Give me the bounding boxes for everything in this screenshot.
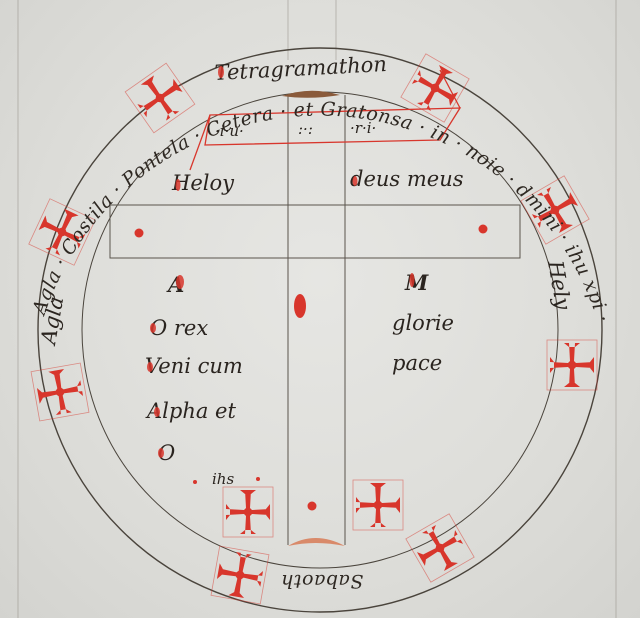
- cross-pattee-icon: [125, 63, 195, 133]
- diagram-circles: [38, 48, 602, 612]
- diagram-canvas: Agla · Costila · Pontela · Cetera · et G…: [0, 0, 640, 618]
- cross-pattee-icon: [401, 54, 469, 122]
- banner-middle-dots: :·:: [298, 120, 313, 138]
- cross-pattee-icon: [31, 363, 89, 421]
- cross-pattee-icon: [211, 546, 269, 604]
- ring-name-bottom: Sabaoth: [281, 570, 364, 592]
- right-line-1: glorie: [392, 311, 454, 335]
- left-line-5: ihs: [212, 470, 234, 488]
- right-line-2: pace: [392, 351, 442, 375]
- cross-pattee-icon: [223, 487, 273, 537]
- word-heloy: Heloy: [171, 171, 235, 195]
- left-line-2: Veni cum: [145, 354, 243, 378]
- cross-pattee-icon: [353, 480, 403, 530]
- banner-right-text: ·r·i·: [350, 119, 376, 137]
- ring-name-top: Tetragramathon: [214, 52, 387, 85]
- word-deus-meus: deus meus: [350, 167, 464, 191]
- red-crescent-mark: [288, 538, 345, 546]
- manuscript-page: Agla · Costila · Pontela · Cetera · et G…: [0, 0, 640, 618]
- banner-left-text: ·i·u·: [215, 122, 244, 140]
- cross-pattee-icon: [547, 340, 597, 390]
- initial-m: M: [404, 270, 429, 295]
- left-line-1: O rex: [150, 316, 208, 340]
